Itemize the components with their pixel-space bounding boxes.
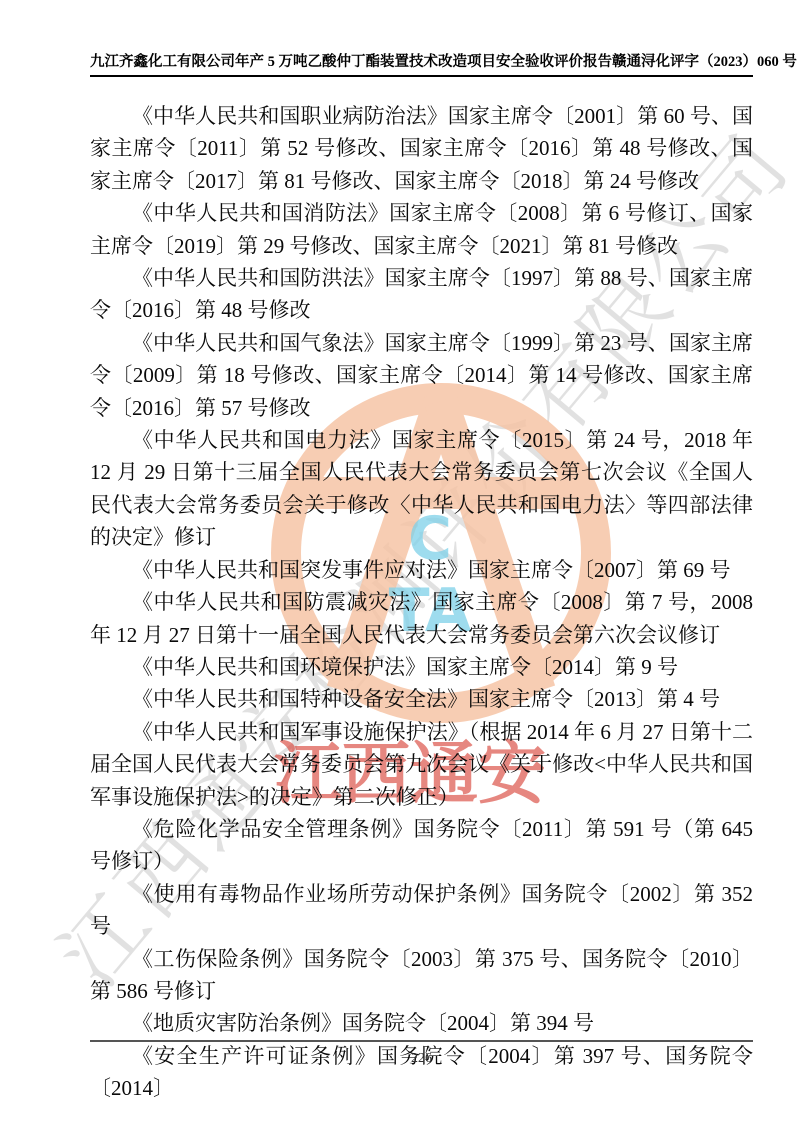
law-paragraph-3: 《中华人民共和国防洪法》国家主席令〔1997〕第 88 号、国家主席令〔2016… xyxy=(90,262,753,327)
law-paragraph-7: 《中华人民共和国防震减灾法》国家主席令〔2008〕第 7 号，2008 年 12… xyxy=(90,586,753,651)
legal-references-list: 《中华人民共和国职业病防治法》国家主席令〔2001〕第 60 号、国家主席令〔2… xyxy=(90,100,753,1105)
law-paragraph-13: 《工伤保险条例》国务院令〔2003〕第 375 号、国务院令〔2010〕第 58… xyxy=(90,943,753,1008)
law-paragraph-11: 《危险化学品安全管理条例》国务院令〔2011〕第 591 号（第 645 号修订… xyxy=(90,813,753,878)
footer-divider xyxy=(90,1040,753,1042)
law-paragraph-5: 《中华人民共和国电力法》国家主席令〔2015〕第 24 号，2018 年 12 … xyxy=(90,424,753,554)
doc-number: 赣通浔化评字（2023）060 号 xyxy=(612,50,797,71)
law-paragraph-8: 《中华人民共和国环境保护法》国家主席令〔2014〕第 9 号 xyxy=(90,651,753,683)
report-title: 九江齐鑫化工有限公司年产 5 万吨乙酸仲丁酯装置技术改造项目安全验收评价报告 xyxy=(90,50,612,71)
law-paragraph-12: 《使用有毒物品作业场所劳动保护条例》国务院令〔2002〕第 352 号 xyxy=(90,878,753,943)
law-paragraph-14: 《地质灾害防治条例》国务院令〔2004〕第 394 号 xyxy=(90,1007,753,1039)
law-paragraph-10: 《中华人民共和国军事设施保护法》（根据 2014 年 6 月 27 日第十二届全… xyxy=(90,716,753,813)
document-page: 江西通安检测评价有限公司 C TA 江西通安 九江齐鑫化工有限公司年产 5 万吨… xyxy=(0,0,800,1131)
law-paragraph-15: 《安全生产许可证条例》国务院令〔2004〕第 397 号、国务院令〔2014〕 xyxy=(90,1040,753,1105)
page-header: 九江齐鑫化工有限公司年产 5 万吨乙酸仲丁酯装置技术改造项目安全验收评价报告 赣… xyxy=(90,50,753,77)
law-paragraph-6: 《中华人民共和国突发事件应对法》国家主席令〔2007〕第 69 号 xyxy=(90,554,753,586)
law-paragraph-9: 《中华人民共和国特种设备安全法》国家主席令〔2013〕第 4 号 xyxy=(90,683,753,715)
law-paragraph-1: 《中华人民共和国职业病防治法》国家主席令〔2001〕第 60 号、国家主席令〔2… xyxy=(90,100,753,197)
law-paragraph-2: 《中华人民共和国消防法》国家主席令〔2008〕第 6 号修订、国家主席令〔201… xyxy=(90,197,753,262)
page-number: 226 xyxy=(90,1051,753,1067)
law-paragraph-4: 《中华人民共和国气象法》国家主席令〔1999〕第 23 号、国家主席令〔2009… xyxy=(90,327,753,424)
